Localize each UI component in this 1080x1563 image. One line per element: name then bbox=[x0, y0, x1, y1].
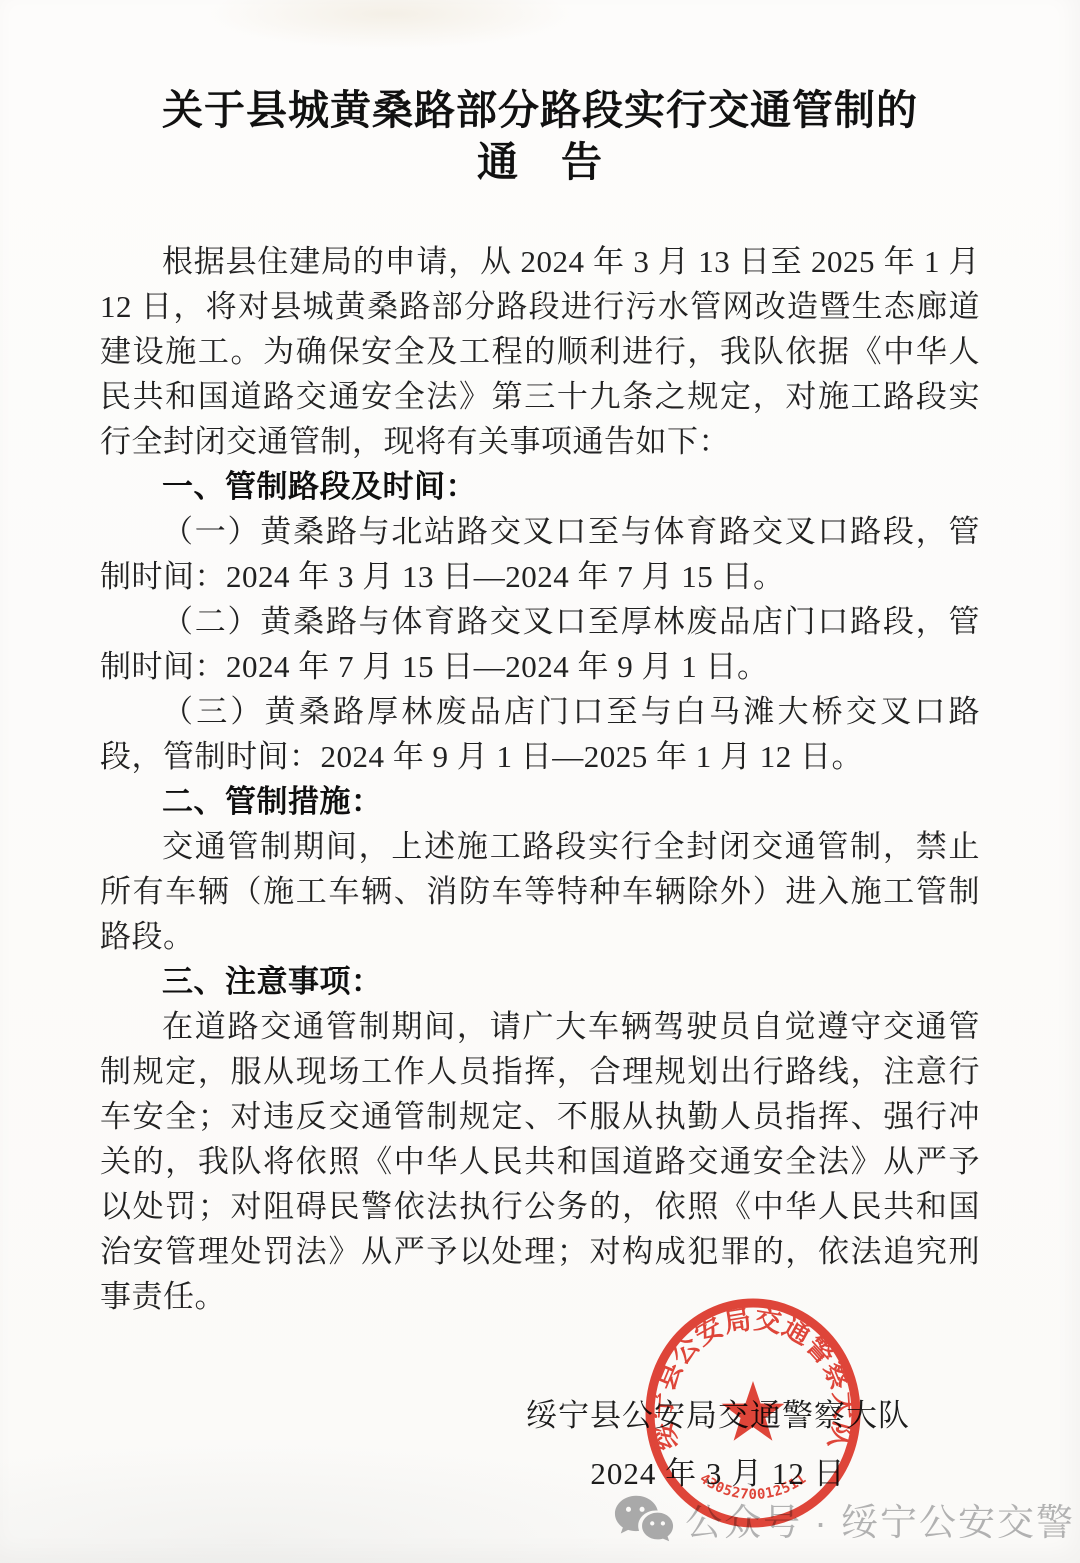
section-heading-2: 二、管制措施： bbox=[100, 779, 980, 824]
seal-arc-text: 绥宁县公安局交通警察大队 bbox=[646, 1304, 859, 1453]
paragraph-road-section-2: （二）黄桑路与体育路交叉口至厚林废品店门口路段，管制时间：2024 年 7 月 … bbox=[100, 599, 980, 689]
paragraph-measures: 交通管制期间，上述施工路段实行全封闭交通管制，禁止所有车辆（施工车辆、消防车等特… bbox=[100, 824, 980, 959]
star-icon bbox=[722, 1381, 785, 1441]
document-title-line1: 关于县城黄桑路部分路段实行交通管制的 bbox=[0, 0, 1080, 134]
section-heading-3: 三、注意事项： bbox=[100, 959, 980, 1004]
svg-text:4305270012511: 4305270012511 bbox=[697, 1471, 810, 1503]
document-body: 根据县住建局的申请，从 2024 年 3 月 13 日至 2025 年 1 月 … bbox=[100, 239, 980, 1319]
paragraph-intro: 根据县住建局的申请，从 2024 年 3 月 13 日至 2025 年 1 月 … bbox=[100, 239, 980, 464]
section-heading-1: 一、管制路段及时间： bbox=[100, 464, 980, 509]
paragraph-road-section-3: （三）黄桑路厚林废品店门口至与白马滩大桥交叉口路段，管制时间：2024 年 9 … bbox=[100, 689, 980, 779]
notice-document-page: 关于县城黄桑路部分路段实行交通管制的 通 告 根据县住建局的申请，从 2024 … bbox=[0, 0, 1080, 1563]
paragraph-notes: 在道路交通管制期间，请广大车辆驾驶员自觉遵守交通管制规定，服从现场工作人员指挥，… bbox=[100, 1004, 980, 1319]
paragraph-road-section-1: （一）黄桑路与北站路交叉口至与体育路交叉口路段，管制时间：2024 年 3 月 … bbox=[100, 509, 980, 599]
official-seal: 绥宁县公安局交通警察大队 4305270012511 bbox=[633, 1288, 873, 1538]
seal-serial-number: 4305270012511 bbox=[697, 1471, 810, 1503]
svg-text:绥宁县公安局交通警察大队: 绥宁县公安局交通警察大队 bbox=[646, 1304, 859, 1453]
document-title-line2: 通 告 bbox=[0, 138, 1080, 186]
